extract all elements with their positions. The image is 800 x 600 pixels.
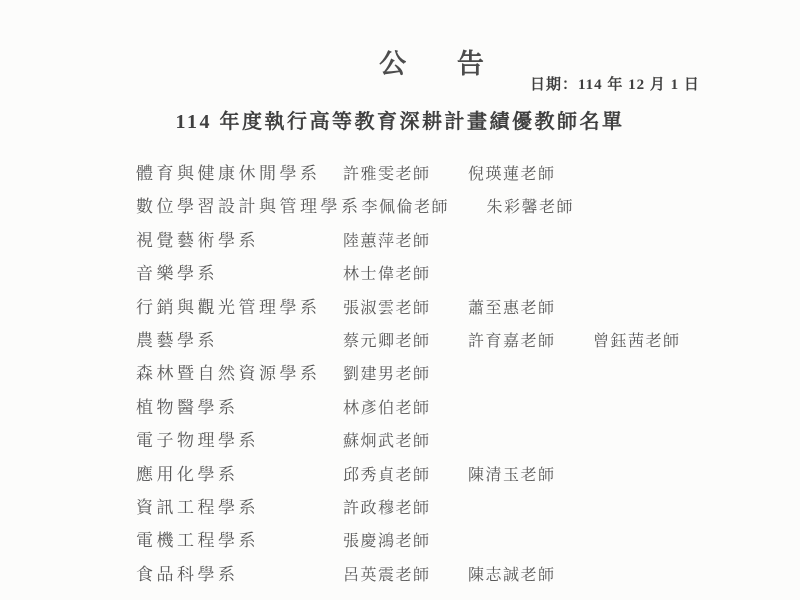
- teacher-name: 倪瑛蓮老師: [468, 161, 593, 184]
- department-name: 食品科學系: [136, 560, 343, 585]
- table-row: 植物醫學系 林彥伯老師: [136, 393, 786, 426]
- department-name: 電機工程學系: [136, 526, 343, 551]
- teacher-names: 蘇炯武老師: [343, 428, 468, 451]
- department-name: 音樂學系: [136, 259, 343, 284]
- table-row: 資訊工程學系 許政穆老師: [136, 493, 786, 526]
- table-row: 行銷與觀光管理學系 張淑雲老師蕭至惠老師: [136, 293, 786, 326]
- table-row: 森林暨自然資源學系 劉建男老師: [136, 359, 786, 392]
- table-row: 數位學習設計與管理學系 李佩倫老師朱彩馨老師: [136, 192, 786, 225]
- teacher-name: 蕭至惠老師: [468, 295, 593, 318]
- teacher-name: 劉建男老師: [343, 361, 468, 384]
- department-name: 數位學習設計與管理學系: [136, 192, 362, 217]
- teacher-name: 陳志誠老師: [468, 562, 593, 585]
- teacher-name: 陳清玉老師: [468, 462, 593, 485]
- table-row: 應用化學系 邱秀貞老師陳清玉老師: [136, 460, 786, 493]
- teacher-names: 許雅雯老師倪瑛蓮老師: [343, 161, 593, 184]
- teacher-names: 林彥伯老師: [343, 395, 468, 418]
- teacher-name: 張淑雲老師: [343, 295, 468, 318]
- teacher-names: 林士偉老師: [343, 261, 468, 284]
- teacher-names: 許政穆老師: [343, 495, 468, 518]
- table-row: 體育與健康休閒學系 許雅雯老師倪瑛蓮老師: [136, 159, 786, 192]
- teacher-name: 呂英震老師: [343, 562, 468, 585]
- department-name: 資訊工程學系: [136, 493, 343, 518]
- department-name: 視覺藝術學系: [136, 226, 343, 251]
- teacher-name: 曾鈺茜老師: [593, 328, 718, 351]
- teacher-name: 林彥伯老師: [343, 395, 468, 418]
- department-name: 行銷與觀光管理學系: [136, 293, 343, 318]
- department-name: 農藝學系: [136, 326, 343, 351]
- table-row: 電子物理學系 蘇炯武老師: [136, 426, 786, 459]
- table-row: 視覺藝術學系 陸蕙萍老師: [136, 226, 786, 259]
- teacher-name: 朱彩馨老師: [487, 194, 612, 217]
- teacher-names: 張淑雲老師蕭至惠老師: [343, 295, 593, 318]
- teacher-names: 李佩倫老師朱彩馨老師: [362, 194, 612, 217]
- document-subtitle: 114 年度執行高等教育深耕計畫績優教師名單: [0, 110, 800, 134]
- announcement-document: 公 告 日期：114 年 12 月 1 日 114 年度執行高等教育深耕計畫績優…: [0, 0, 800, 600]
- table-row: 電機工程學系 張慶鴻老師: [136, 526, 786, 559]
- teacher-names: 呂英震老師陳志誠老師: [343, 562, 593, 585]
- announcement-page: { "header": { "title": "公 告", "date": "日…: [0, 0, 800, 600]
- teacher-name: 陸蕙萍老師: [343, 228, 468, 251]
- teacher-name: 蔡元卿老師: [343, 328, 468, 351]
- teacher-name: 許政穆老師: [343, 495, 468, 518]
- teacher-name: 邱秀貞老師: [343, 462, 468, 485]
- teacher-name: 林士偉老師: [343, 261, 468, 284]
- teacher-names: 劉建男老師: [343, 361, 468, 384]
- teacher-name: 許雅雯老師: [343, 161, 468, 184]
- teacher-name: 許育嘉老師: [468, 328, 593, 351]
- teacher-names: 邱秀貞老師陳清玉老師: [343, 462, 593, 485]
- document-date: 日期：114 年 12 月 1 日: [530, 76, 700, 94]
- teacher-names: 張慶鴻老師: [343, 528, 468, 551]
- teacher-names: 陸蕙萍老師: [343, 228, 468, 251]
- teacher-name: 張慶鴻老師: [343, 528, 468, 551]
- teacher-name: 李佩倫老師: [362, 194, 487, 217]
- teacher-name: 蘇炯武老師: [343, 428, 468, 451]
- department-name: 植物醫學系: [136, 393, 343, 418]
- department-name: 應用化學系: [136, 460, 343, 485]
- table-row: 農藝學系 蔡元卿老師許育嘉老師曾鈺茜老師: [136, 326, 786, 359]
- teacher-list: 體育與健康休閒學系 許雅雯老師倪瑛蓮老師 數位學習設計與管理學系 李佩倫老師朱彩…: [136, 159, 786, 593]
- department-name: 電子物理學系: [136, 426, 343, 451]
- table-row: 音樂學系 林士偉老師: [136, 259, 786, 292]
- department-name: 森林暨自然資源學系: [136, 359, 343, 384]
- teacher-names: 蔡元卿老師許育嘉老師曾鈺茜老師: [343, 328, 718, 351]
- table-row: 食品科學系 呂英震老師陳志誠老師: [136, 560, 786, 593]
- department-name: 體育與健康休閒學系: [136, 159, 343, 184]
